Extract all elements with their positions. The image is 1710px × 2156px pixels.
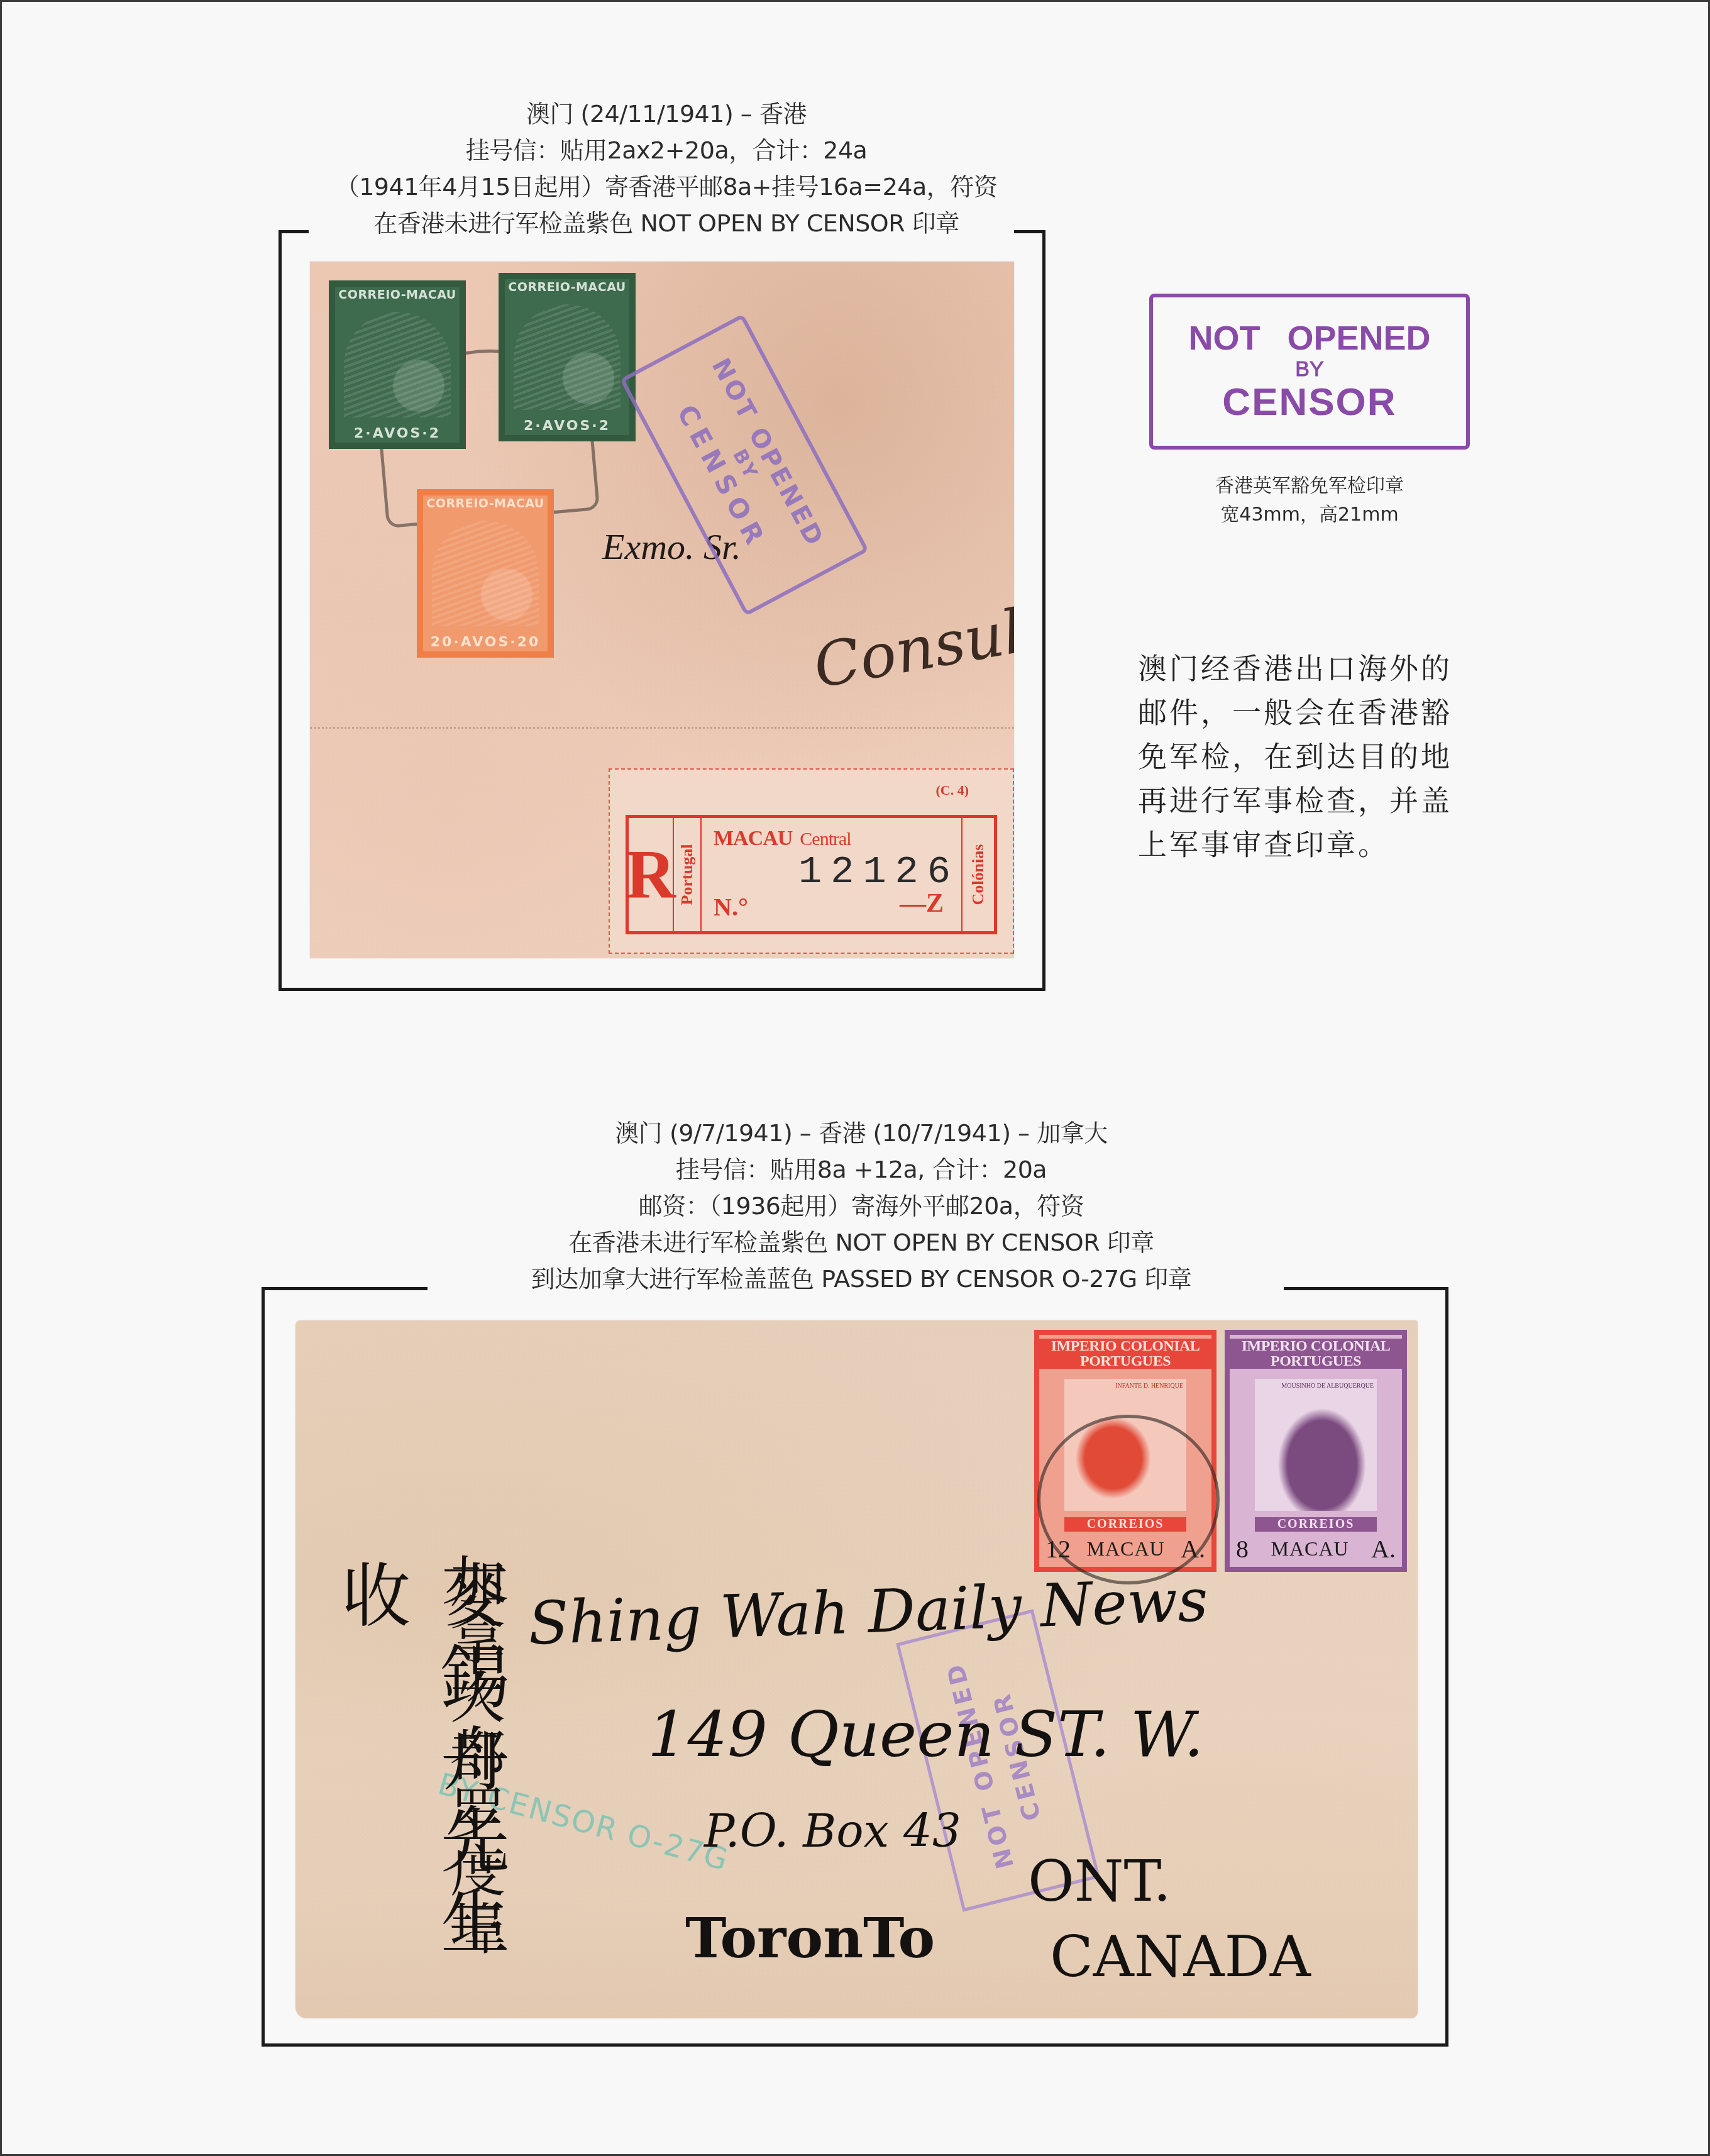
note-line: 上军事审查印章。 xyxy=(1138,822,1490,866)
caption-line: 邮资：（1936起用）寄海外平邮20a，符资 xyxy=(465,1188,1257,1224)
frame2-bottom xyxy=(262,2043,1448,2047)
reference-caption: 香港英军豁免军检印章 宽43mm，高21mm xyxy=(1149,472,1470,529)
label-code: (C. 4) xyxy=(935,782,969,799)
stamp-inscription: CORREIO-MACAU xyxy=(505,280,629,294)
caption-line: （1941年4月15日起用）寄香港平邮8a+挂号16a=24a，符资 xyxy=(277,169,1056,205)
city-chinese: 加拿大都罗度埠 xyxy=(434,1553,513,1958)
stamp-value: 8 xyxy=(1236,1534,1249,1564)
label-box: R Portugal MACAUCentral 12126 N.° —Z Col… xyxy=(626,815,997,934)
stamp-20-avos: CORREIO-MACAU 20·AVOS·20 xyxy=(417,489,554,658)
address-line-4: ToronTo xyxy=(685,1905,935,1971)
frame1-left xyxy=(279,230,282,991)
ref-stamp-line: BY xyxy=(1153,357,1466,382)
stamp-currency: A. xyxy=(1371,1534,1396,1564)
stamp-2-avos: CORREIO-MACAU 2·AVOS·2 xyxy=(499,273,636,441)
address-line-2: 149 Queen ST. W. xyxy=(648,1698,1204,1771)
stamp-country: MACAU xyxy=(1271,1537,1349,1561)
caption-line: 挂号信：贴用2ax2+20a，合计：24a xyxy=(277,132,1056,169)
frame2-top-right xyxy=(1284,1287,1448,1290)
stamp-value: 20·AVOS·20 xyxy=(423,634,548,650)
address-line-3: P.O. Box 43 xyxy=(704,1805,961,1857)
registration-label: (C. 4) R Portugal MACAUCentral 12126 N.°… xyxy=(609,768,1014,954)
note-line: 澳门经香港出口海外的 xyxy=(1138,646,1490,690)
envelope-fold xyxy=(310,727,1014,729)
frame2-top-left xyxy=(262,1287,427,1290)
caption-line: 澳门 (9/7/1941) – 香港 (10/7/1941) – 加拿大 xyxy=(465,1115,1257,1151)
postmark xyxy=(1037,1415,1220,1584)
frame1-top-left xyxy=(279,230,309,233)
address-line-6: CANADA xyxy=(1050,1924,1311,1990)
caption-line: 在香港未进行军检盖紫色 NOT OPEN BY CENSOR 印章 xyxy=(277,205,1056,241)
number-suffix: —Z xyxy=(900,888,944,919)
stamp-8-avos: IMPERIO COLONIAL PORTUGUES MOUSINHO DE A… xyxy=(1225,1330,1407,1572)
frame1-right xyxy=(1042,230,1045,991)
stamp-correios: CORREIOS xyxy=(1255,1517,1377,1532)
registered-r: R xyxy=(629,818,674,931)
note-line: 再进行军事检查，并盖 xyxy=(1138,778,1490,822)
handwritten-consul: Consul xyxy=(808,596,1014,702)
frame1-bottom xyxy=(279,988,1045,991)
ref-caption-line: 香港英军豁免军检印章 xyxy=(1149,472,1470,500)
stamp-inscription: CORREIO-MACAU xyxy=(335,288,460,302)
label-colonias: Colónias xyxy=(961,818,994,931)
caption-line: 在香港未进行军检盖紫色 NOT OPEN BY CENSOR 印章 xyxy=(465,1224,1257,1261)
frame1-top-right xyxy=(1014,230,1045,233)
stamp-inscription: CORREIO-MACAU xyxy=(423,497,548,511)
stamp-bottom: 8 MACAU A. xyxy=(1230,1530,1402,1567)
stamp-value: 2·AVOS·2 xyxy=(505,418,629,434)
label-office: MACAUCentral xyxy=(714,827,851,851)
frame2-right xyxy=(1445,1287,1448,2047)
cover1-envelope: CORREIO-MACAU 2·AVOS·2 CORREIO-MACAU 2·A… xyxy=(310,262,1014,958)
ref-caption-line: 宽43mm，高21mm xyxy=(1149,500,1470,529)
note-line: 邮件，一般会在香港豁 xyxy=(1138,690,1490,734)
stamp-subtitle: MOUSINHO DE ALBUQUERQUE xyxy=(1267,1383,1402,1390)
ref-stamp-line: NOT OPENED xyxy=(1153,320,1466,357)
caption-line: 到达加拿大进行军检盖蓝色 PASSED BY CENSOR O-27G 印章 xyxy=(465,1261,1257,1297)
stamp-vignette xyxy=(344,312,451,417)
stamp-subtitle: INFANTE D. HENRIQUE xyxy=(1077,1383,1211,1390)
stamp-2-avos: CORREIO-MACAU 2·AVOS·2 xyxy=(329,280,466,449)
stamp-title: IMPERIO COLONIAL PORTUGUES xyxy=(1230,1339,1402,1369)
frame2-left xyxy=(262,1287,265,2047)
cover1-caption: 澳门 (24/11/1941) – 香港 挂号信：贴用2ax2+20a，合计：2… xyxy=(277,96,1056,241)
cover2-caption: 澳门 (9/7/1941) – 香港 (10/7/1941) – 加拿大 挂号信… xyxy=(465,1115,1257,1297)
stamp-vignette xyxy=(1255,1379,1377,1511)
number-prefix: N.° xyxy=(714,892,748,922)
note-line: 免军检，在到达目的地 xyxy=(1138,734,1490,778)
not-opened-by-censor-stamp: NOT OPENED BY CENSOR xyxy=(620,314,869,616)
stamp-vignette xyxy=(514,304,621,410)
explanatory-note: 澳门经香港出口海外的 邮件，一般会在香港豁 免军检，在到达目的地 再进行军事检查… xyxy=(1138,646,1490,866)
cover2-envelope: IMPERIO COLONIAL PORTUGUES INFANTE D. HE… xyxy=(295,1320,1418,2018)
caption-line: 挂号信：贴用8a +12a, 合计：20a xyxy=(465,1151,1257,1188)
registration-number: 12126 xyxy=(798,849,959,894)
ref-stamp-line: CENSOR xyxy=(1153,382,1466,423)
address-line-5: ONT. xyxy=(1028,1849,1171,1915)
stamp-value: 2·AVOS·2 xyxy=(335,426,460,441)
stamp-vignette xyxy=(432,521,539,626)
reference-censor-stamp: NOT OPENED BY CENSOR xyxy=(1149,294,1470,450)
stamp-title: IMPERIO COLONIAL PORTUGUES xyxy=(1039,1339,1211,1369)
label-portugal: Portugal xyxy=(674,818,702,931)
address-line-1: Shing Wah Daily News xyxy=(527,1566,1209,1659)
caption-line: 澳门 (24/11/1941) – 香港 xyxy=(277,96,1056,132)
